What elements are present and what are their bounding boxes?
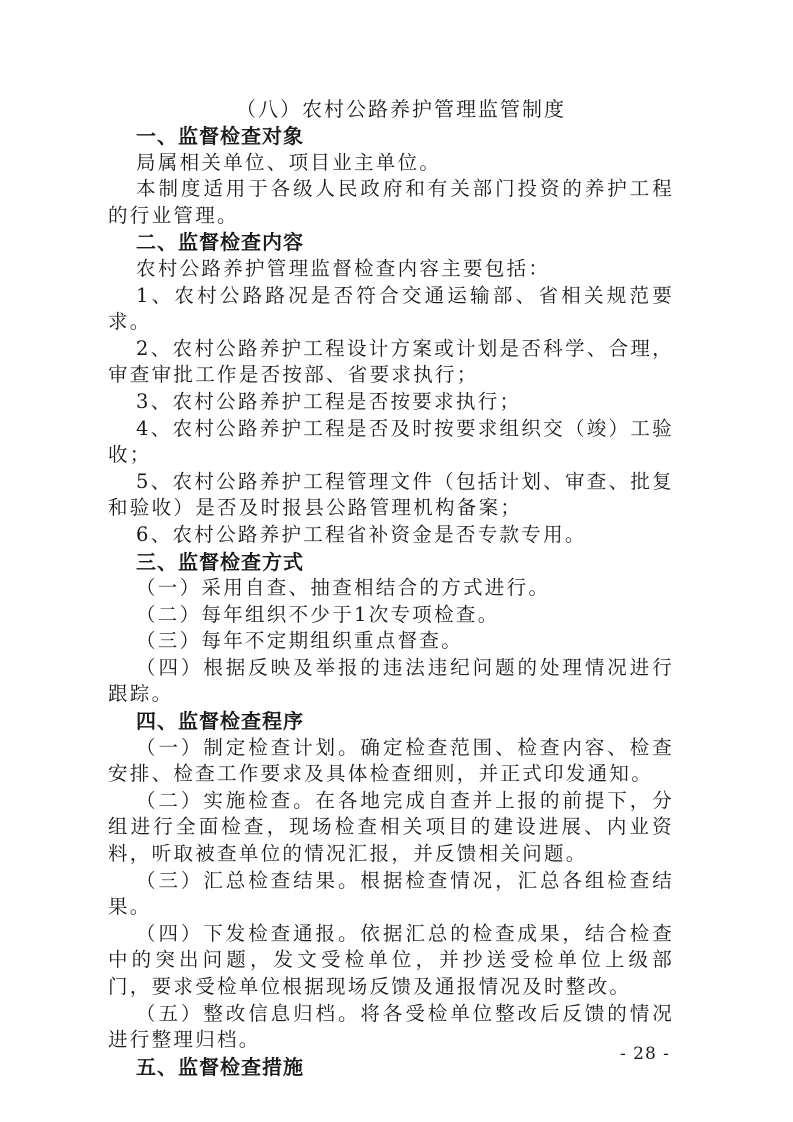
list-item: （四）根据反映及举报的违法违纪问题的处理情况进行跟踪。	[108, 655, 674, 708]
list-item: （三）每年不定期组织重点督查。	[108, 628, 674, 655]
list-item: 5、农村公路养护工程管理文件（包括计划、审查、批复和验收）是否及时报县公路管理机…	[108, 469, 674, 522]
list-item: （二）实施检查。在各地完成自查并上报的前提下，分组进行全面检查，现场检查相关项目…	[108, 788, 674, 868]
paragraph: 本制度适用于各级人民政府和有关部门投资的养护工程的行业管理。	[108, 176, 674, 229]
list-item: （四）下发检查通报。依据汇总的检查成果，结合检查中的突出问题，发文受检单位，并抄…	[108, 921, 674, 1001]
list-item: （一）制定检查计划。确定检查范围、检查内容、检查安排、检查工作要求及具体检查细则…	[108, 735, 674, 788]
list-item: 4、农村公路养护工程是否及时按要求组织交（竣）工验收；	[108, 416, 674, 469]
list-item: 1、农村公路路况是否符合交通运输部、省相关规范要求。	[108, 283, 674, 336]
list-item: （一）采用自查、抽查相结合的方式进行。	[108, 575, 674, 602]
document-title: （八）农村公路养护管理监管制度	[108, 96, 674, 123]
section-heading-2: 二、监督检查内容	[108, 229, 674, 256]
list-item: （二）每年组织不少于1次专项检查。	[108, 602, 674, 629]
section-heading-1: 一、监督检查对象	[108, 123, 674, 150]
section-heading-4: 四、监督检查程序	[108, 708, 674, 735]
list-item: （五）整改信息归档。将各受检单位整改后反馈的情况进行整理归档。	[108, 1001, 674, 1054]
list-item: （三）汇总检查结果。根据检查情况，汇总各组检查结果。	[108, 868, 674, 921]
paragraph: 农村公路养护管理监督检查内容主要包括：	[108, 256, 674, 283]
document-page: （八）农村公路养护管理监管制度 一、监督检查对象 局属相关单位、项目业主单位。 …	[108, 96, 674, 1080]
section-heading-3: 三、监督检查方式	[108, 549, 674, 576]
section-heading-5: 五、监督检查措施	[108, 1054, 674, 1081]
list-item: 6、农村公路养护工程省补资金是否专款专用。	[108, 522, 674, 549]
page-number: - 28 -	[620, 1044, 670, 1064]
list-item: 2、农村公路养护工程设计方案或计划是否科学、合理，审查审批工作是否按部、省要求执…	[108, 336, 674, 389]
paragraph: 局属相关单位、项目业主单位。	[108, 150, 674, 177]
list-item: 3、农村公路养护工程是否按要求执行；	[108, 389, 674, 416]
